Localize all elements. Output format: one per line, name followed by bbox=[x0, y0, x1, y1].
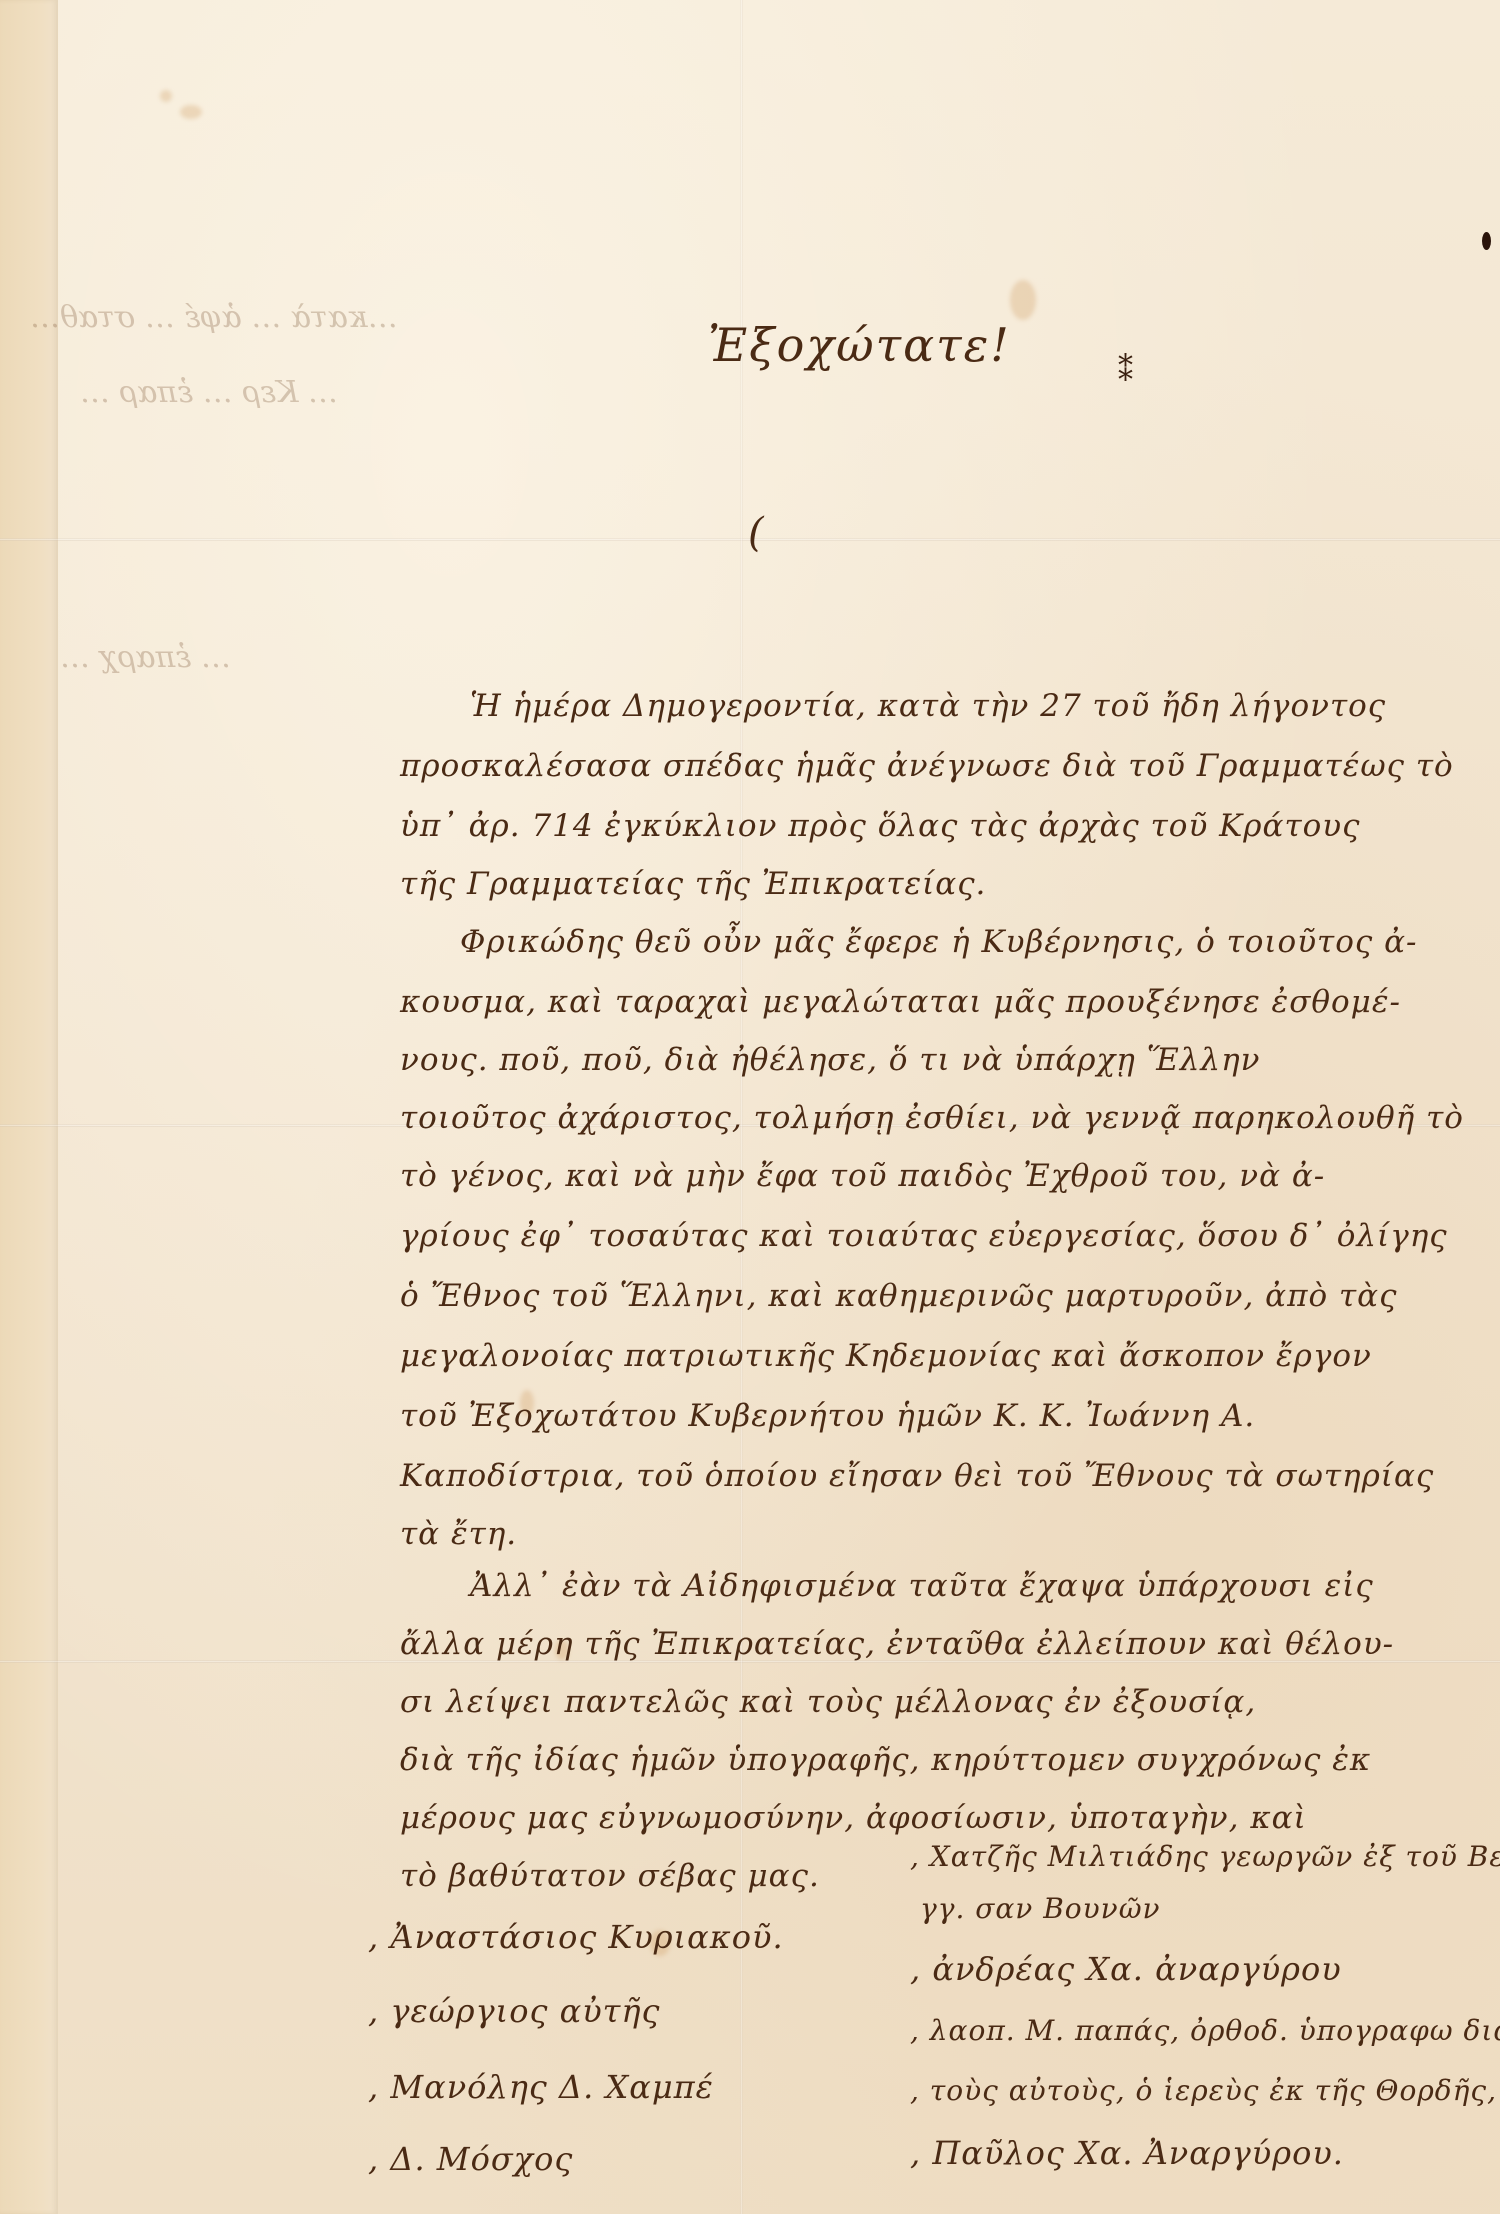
signature: , Παῦλος Χα. Ἀναργύρου. bbox=[910, 2134, 1344, 2172]
parenthesis-mark: ( bbox=[748, 510, 764, 556]
paper-stain bbox=[1010, 280, 1036, 320]
bleedthrough-text: … Κερ … ἐπαρ … bbox=[80, 375, 338, 410]
body-line: ὁ Ἔθνος τοῦ Ἕλληνι, καὶ καθημερινῶς μαρτ… bbox=[400, 1278, 1397, 1314]
body-line: προσκαλέσασα σπέδας ἡμᾶς ἀνέγνωσε διὰ το… bbox=[400, 748, 1454, 784]
signature: , γεώργιος αὐτῆς bbox=[368, 1992, 660, 2030]
paper-stain bbox=[160, 90, 172, 102]
salutation: Ἐξοχώτατε! bbox=[708, 318, 1011, 372]
bleedthrough-text: … ἐπαρχ … bbox=[60, 640, 231, 675]
body-line: Ἡ ἡμέρα Δημογεροντία, κατὰ τὴν 27 τοῦ ἤδ… bbox=[470, 688, 1386, 724]
signature: , Δ. Μόσχος bbox=[368, 2140, 573, 2178]
body-line: σι λείψει παντελῶς καὶ τοὺς μέλλονας ἐν … bbox=[400, 1684, 1256, 1720]
paper-stain bbox=[180, 105, 202, 119]
ink-mark: ⁑ bbox=[1118, 354, 1133, 389]
body-line: ἄλλα μέρη τῆς Ἐπικρατείας, ἐνταῦθα ἐλλεί… bbox=[400, 1626, 1394, 1662]
body-line: ὑπ᾽ ἀρ. 714 ἐγκύκλιον πρὸς ὅλας τὰς ἀρχὰ… bbox=[400, 808, 1360, 844]
bleedthrough-text: …κατὰ … ἀφέ … σταθ… bbox=[30, 300, 398, 335]
signature: , τοὺς αὐτοὺς, ὁ ἱερεὺς ἐκ τῆς Θορδῆς, bbox=[910, 2074, 1497, 2107]
signature: , Ἀναστάσιος Κυριακοῦ. bbox=[368, 1918, 784, 1956]
body-line: τοῦ Ἐξοχωτάτου Κυβερνήτου ἡμῶν Κ. Κ. Ἰωά… bbox=[400, 1398, 1255, 1434]
signature: , Μανόλης Δ. Χαμπέ bbox=[368, 2068, 714, 2106]
signature: γγ. σαν Βουνῶν bbox=[920, 1892, 1161, 1925]
body-line: κουσμα, καὶ ταραχαὶ μεγαλώταται μᾶς πρου… bbox=[400, 984, 1401, 1020]
body-line: τῆς Γραμματείας τῆς Ἐπικρατείας. bbox=[400, 866, 986, 902]
body-line: τὰ ἔτη. bbox=[400, 1516, 517, 1552]
body-line: διὰ τῆς ἰδίας ἡμῶν ὑπογραφῆς, κηρύττομεν… bbox=[400, 1742, 1371, 1778]
body-line: νους. ποῦ, ποῦ, διὰ ἠθέλησε, ὅ τι νὰ ὑπά… bbox=[400, 1042, 1261, 1078]
body-line: Φρικώδης θεῦ οὖν μᾶς ἔφερε ἡ Κυβέρνησις,… bbox=[460, 924, 1418, 960]
body-line: τοιοῦτος ἀχάριστος, τολμήσῃ ἐσθίει, νὰ γ… bbox=[400, 1100, 1464, 1136]
body-line: μέρους μας εὐγνωμοσύνην, ἀφοσίωσιν, ὑποτ… bbox=[400, 1800, 1307, 1836]
body-line: Καποδίστρια, τοῦ ὁποίου εἴησαν θεὶ τοῦ Ἔ… bbox=[400, 1458, 1434, 1494]
body-line: τὸ γένος, καὶ νὰ μὴν ἔφα τοῦ παιδὸς Ἐχθρ… bbox=[400, 1158, 1325, 1194]
signature: , λαοπ. Μ. παπάς, ὀρθοδ. ὑπογραφω δια bbox=[910, 2014, 1500, 2047]
body-line: Ἀλλ᾽ ἐὰν τὰ Αἰδηφισμένα ταῦτα ἔχαψα ὑπάρ… bbox=[470, 1568, 1374, 1604]
manuscript-page: …κατὰ … ἀφέ … σταθ… … Κερ … ἐπαρ … … ἐπα… bbox=[0, 0, 1500, 2214]
ink-blot bbox=[1482, 232, 1491, 250]
signature: , ἀνδρέας Χα. ἀναργύρου bbox=[910, 1950, 1342, 1988]
body-line: μεγαλονοίας πατριωτικῆς Κηδεμονίας καὶ ἄ… bbox=[400, 1338, 1372, 1374]
body-line: τὸ βαθύτατον σέβας μας. bbox=[400, 1858, 820, 1894]
signature: , Χατζῆς Μιλτιάδης γεωργῶν ἐξ τοῦ Βεζικο… bbox=[910, 1840, 1500, 1873]
body-line: γρίους ἐφ᾽ τοσαύτας καὶ τοιαύτας εὐεργεσ… bbox=[400, 1218, 1448, 1254]
